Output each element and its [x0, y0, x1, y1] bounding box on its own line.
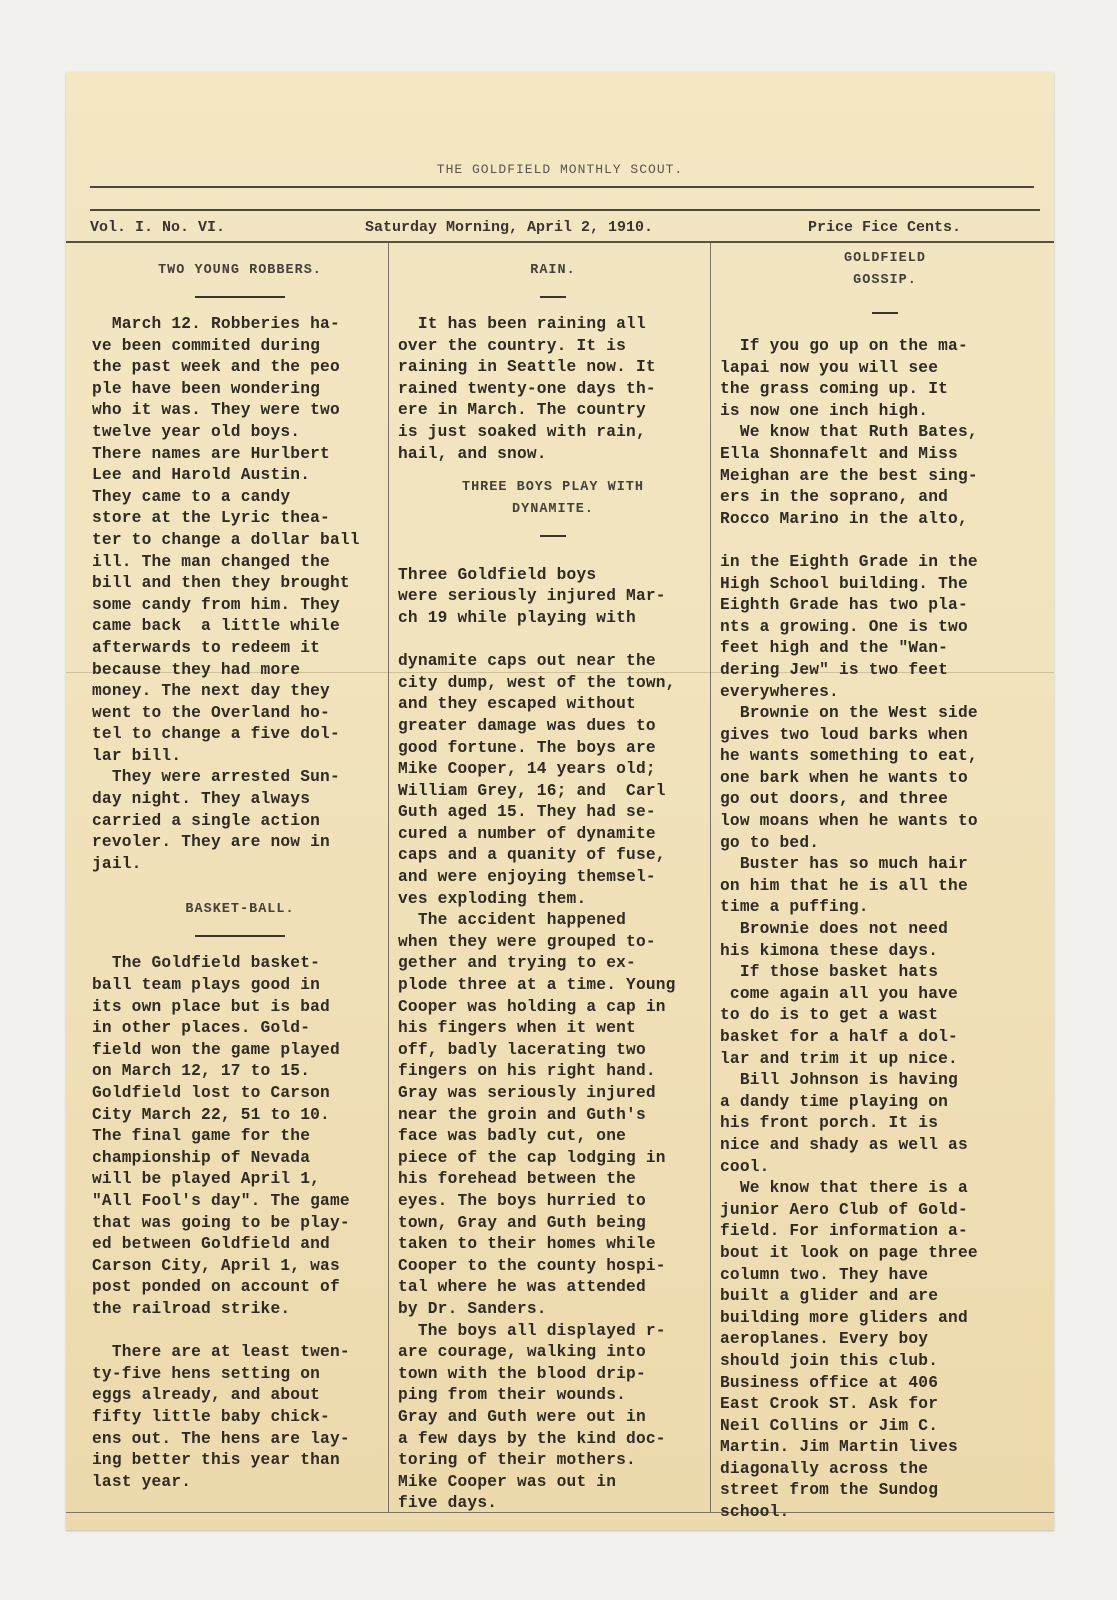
- headline-divider: [872, 312, 898, 314]
- text-line: afterwards to redeem it: [92, 638, 388, 660]
- text-line: cured a number of dynamite: [398, 824, 708, 846]
- text-line: ch 19 while playing with: [398, 608, 708, 630]
- text-line: to do is to get a wast: [720, 1005, 1050, 1027]
- text-line: Business office at 406: [720, 1373, 1050, 1395]
- text-line: town, Gray and Guth being: [398, 1213, 708, 1235]
- text-line: There are at least twen-: [92, 1342, 388, 1364]
- text-line: ty-five hens setting on: [92, 1364, 388, 1386]
- text-line: Cooper was holding a cap in: [398, 997, 708, 1019]
- text-line: feet high and the "Wan-: [720, 638, 1050, 660]
- text-line: is just soaked with rain,: [398, 422, 708, 444]
- text-line: lar and trim it up nice.: [720, 1049, 1050, 1071]
- text-line: are courage, walking into: [398, 1342, 708, 1364]
- text-line: street from the Sundog: [720, 1480, 1050, 1502]
- text-line: Bill Johnson is having: [720, 1070, 1050, 1092]
- text-line: that was going to be play-: [92, 1213, 388, 1235]
- column-1: TWO YOUNG ROBBERS. March 12. Robberies h…: [92, 260, 388, 1493]
- text-line: [398, 543, 708, 565]
- text-line: The boys all displayed r-: [398, 1321, 708, 1343]
- text-line: went to the Overland ho-: [92, 703, 388, 725]
- text-line: ple have been wondering: [92, 379, 388, 401]
- text-line: Eighth Grade has two pla-: [720, 595, 1050, 617]
- text-line: [92, 1321, 388, 1343]
- text-line: Mike Cooper, 14 years old;: [398, 759, 708, 781]
- text-line: Goldfield lost to Carson: [92, 1083, 388, 1105]
- text-line: the grass coming up. It: [720, 379, 1050, 401]
- text-line: he wants something to eat,: [720, 746, 1050, 768]
- text-line: come again all you have: [720, 984, 1050, 1006]
- text-line: money. The next day they: [92, 681, 388, 703]
- text-line: ing better this year than: [92, 1450, 388, 1472]
- headline-divider: [195, 935, 285, 937]
- text-line: piece of the cap lodging in: [398, 1148, 708, 1170]
- text-line: column two. They have: [720, 1265, 1050, 1287]
- text-line: ve been commited during: [92, 336, 388, 358]
- text-line: High School building. The: [720, 574, 1050, 596]
- text-line: ers in the soprano, and: [720, 487, 1050, 509]
- text-line: greater damage was dues to: [398, 716, 708, 738]
- text-line: nts a growing. One is two: [720, 617, 1050, 639]
- text-line: over the country. It is: [398, 336, 708, 358]
- text-line: will be played April 1,: [92, 1169, 388, 1191]
- text-line: in the Eighth Grade in the: [720, 552, 1050, 574]
- text-line: ere in March. The country: [398, 400, 708, 422]
- text-line: who it was. They were two: [92, 400, 388, 422]
- text-line: City March 22, 51 to 10.: [92, 1105, 388, 1127]
- text-line: in other places. Gold-: [92, 1018, 388, 1040]
- text-line: and were enjoying themsel-: [398, 867, 708, 889]
- text-line: day night. They always: [92, 789, 388, 811]
- text-line: rained twenty-one days th-: [398, 379, 708, 401]
- text-line: Gray and Guth were out in: [398, 1407, 708, 1429]
- text-line: [398, 630, 708, 652]
- text-line: time a puffing.: [720, 897, 1050, 919]
- text-line: [720, 530, 1050, 552]
- text-line: jail.: [92, 854, 388, 876]
- text-line: Meighan are the best sing-: [720, 466, 1050, 488]
- column-3: GOLDFIELD GOSSIP. If you go up on the ma…: [720, 248, 1050, 1524]
- text-line: a dandy time playing on: [720, 1092, 1050, 1114]
- text-line: his forehead between the: [398, 1169, 708, 1191]
- headline-two-young-robbers: TWO YOUNG ROBBERS.: [92, 260, 388, 282]
- text-line: his fingers when it went: [398, 1018, 708, 1040]
- text-line: They came to a candy: [92, 487, 388, 509]
- article-two-young-robbers: March 12. Robberies ha-ve been commited …: [92, 314, 388, 875]
- text-line: toring of their mothers.: [398, 1450, 708, 1472]
- text-line: his kimona these days.: [720, 941, 1050, 963]
- text-line: gether and trying to ex-: [398, 953, 708, 975]
- text-line: ping from their wounds.: [398, 1385, 708, 1407]
- text-line: Ella Shonnafelt and Miss: [720, 444, 1050, 466]
- text-line: should join this club.: [720, 1351, 1050, 1373]
- text-line: because they had more: [92, 660, 388, 682]
- text-line: school.: [720, 1502, 1050, 1524]
- text-line: city dump, west of the town,: [398, 673, 708, 695]
- text-line: March 12. Robberies ha-: [92, 314, 388, 336]
- text-line: its own place but is bad: [92, 997, 388, 1019]
- headline-divider: [195, 296, 285, 298]
- article-rain: It has been raining allover the country.…: [398, 314, 708, 465]
- text-line: If you go up on the ma-: [720, 336, 1050, 358]
- text-line: Lee and Harold Austin.: [92, 465, 388, 487]
- text-line: near the groin and Guth's: [398, 1105, 708, 1127]
- text-line: nice and shady as well as: [720, 1135, 1050, 1157]
- text-line: basket for a half a dol-: [720, 1027, 1050, 1049]
- headline-goldfield-gossip: GOLDFIELD GOSSIP.: [720, 248, 1050, 292]
- text-line: Brownie on the West side: [720, 703, 1050, 725]
- text-line: ves exploding them.: [398, 889, 708, 911]
- text-line: Neil Collins or Jim C.: [720, 1416, 1050, 1438]
- issue-rule: [66, 241, 1054, 243]
- text-line: when they were grouped to-: [398, 932, 708, 954]
- article-goldfield-gossip: If you go up on the ma-lapai now you wil…: [720, 336, 1050, 1524]
- text-line: lar bill.: [92, 746, 388, 768]
- text-line: tel to change a five dol-: [92, 724, 388, 746]
- headline-line: THREE BOYS PLAY WITH: [398, 477, 708, 499]
- text-line: Three Goldfield boys: [398, 565, 708, 587]
- text-line: and they escaped without: [398, 694, 708, 716]
- text-line: eggs already, and about: [92, 1385, 388, 1407]
- text-line: go to bed.: [720, 833, 1050, 855]
- text-line: hail, and snow.: [398, 444, 708, 466]
- text-line: on him that he is all the: [720, 876, 1050, 898]
- text-line: They were arrested Sun-: [92, 767, 388, 789]
- text-line: off, badly lacerating two: [398, 1040, 708, 1062]
- text-line: The Goldfield basket-: [92, 953, 388, 975]
- masthead-rule-top: [90, 186, 1034, 188]
- text-line: We know that there is a: [720, 1178, 1050, 1200]
- text-line: bout it look on page three: [720, 1243, 1050, 1265]
- text-line: lapai now you will see: [720, 358, 1050, 380]
- text-line: the past week and the peo: [92, 357, 388, 379]
- text-line: ed between Goldfield and: [92, 1234, 388, 1256]
- text-line: ball team plays good in: [92, 975, 388, 997]
- headline-rain: RAIN.: [398, 260, 708, 282]
- text-line: dering Jew" is two feet: [720, 660, 1050, 682]
- text-line: dynamite caps out near the: [398, 651, 708, 673]
- issue-date: Saturday Morning, April 2, 1910.: [365, 219, 653, 236]
- text-line: the railroad strike.: [92, 1299, 388, 1321]
- text-line: There names are Hurlbert: [92, 444, 388, 466]
- text-line: a few days by the kind doc-: [398, 1429, 708, 1451]
- text-line: It has been raining all: [398, 314, 708, 336]
- text-line: William Grey, 16; and Carl: [398, 781, 708, 803]
- text-line: low moans when he wants to: [720, 811, 1050, 833]
- text-line: everywheres.: [720, 682, 1050, 704]
- text-line: field. For information a-: [720, 1221, 1050, 1243]
- column-divider-2: [710, 242, 711, 1512]
- text-line: Gray was seriously injured: [398, 1083, 708, 1105]
- masthead-rule-bottom: [90, 209, 1040, 211]
- text-line: The final game for the: [92, 1126, 388, 1148]
- newspaper-page: THE GOLDFIELD MONTHLY SCOUT. Vol. I. No.…: [66, 72, 1054, 1530]
- text-line: ill. The man changed the: [92, 552, 388, 574]
- text-line: twelve year old boys.: [92, 422, 388, 444]
- issue-line: Vol. I. No. VI. Saturday Morning, April …: [90, 219, 1032, 239]
- text-line: last year.: [92, 1472, 388, 1494]
- text-line: go out doors, and three: [720, 789, 1050, 811]
- text-line: carried a single action: [92, 811, 388, 833]
- text-line: Brownie does not need: [720, 919, 1050, 941]
- text-line: five days.: [398, 1493, 708, 1515]
- text-line: is now one inch high.: [720, 401, 1050, 423]
- headline-three-boys: THREE BOYS PLAY WITH DYNAMITE.: [398, 477, 708, 521]
- text-line: one bark when he wants to: [720, 768, 1050, 790]
- headline-line: GOLDFIELD: [720, 248, 1050, 270]
- volume-number: Vol. I. No. VI.: [90, 219, 225, 236]
- text-line: his front porch. It is: [720, 1113, 1050, 1135]
- masthead-title: THE GOLDFIELD MONTHLY SCOUT.: [66, 162, 1054, 177]
- text-line: cool.: [720, 1157, 1050, 1179]
- text-line: The accident happened: [398, 910, 708, 932]
- text-line: post ponded on account of: [92, 1277, 388, 1299]
- text-line: eyes. The boys hurried to: [398, 1191, 708, 1213]
- text-line: gives two loud barks when: [720, 725, 1050, 747]
- column-divider-1: [388, 242, 389, 1512]
- article-basketball: The Goldfield basket-ball team plays goo…: [92, 953, 388, 1493]
- text-line: on March 12, 17 to 15.: [92, 1061, 388, 1083]
- text-line: junior Aero Club of Gold-: [720, 1200, 1050, 1222]
- issue-price: Price Fice Cents.: [808, 219, 961, 236]
- text-line: fifty little baby chick-: [92, 1407, 388, 1429]
- text-line: Buster has so much hair: [720, 854, 1050, 876]
- text-line: fingers on his right hand.: [398, 1061, 708, 1083]
- text-line: East Crook ST. Ask for: [720, 1394, 1050, 1416]
- text-line: raining in Seattle now. It: [398, 357, 708, 379]
- text-line: championship of Nevada: [92, 1148, 388, 1170]
- text-line: some candy from him. They: [92, 595, 388, 617]
- article-three-boys-dynamite: Three Goldfield boyswere seriously injur…: [398, 543, 708, 1515]
- text-line: "All Fool's day". The game: [92, 1191, 388, 1213]
- text-line: revoler. They are now in: [92, 832, 388, 854]
- text-line: ter to change a dollar ball: [92, 530, 388, 552]
- headline-line: DYNAMITE.: [398, 499, 708, 521]
- text-line: by Dr. Sanders.: [398, 1299, 708, 1321]
- text-line: If those basket hats: [720, 962, 1050, 984]
- text-line: bill and then they brought: [92, 573, 388, 595]
- text-line: store at the Lyric thea-: [92, 508, 388, 530]
- text-line: town with the blood drip-: [398, 1364, 708, 1386]
- headline-basketball: BASKET-BALL.: [92, 899, 388, 921]
- text-line: taken to their homes while: [398, 1234, 708, 1256]
- text-line: building more gliders and: [720, 1308, 1050, 1330]
- column-2: RAIN. It has been raining allover the co…: [398, 260, 708, 1515]
- text-line: Cooper to the county hospi-: [398, 1256, 708, 1278]
- text-line: good fortune. The boys are: [398, 738, 708, 760]
- text-line: Guth aged 15. They had se-: [398, 802, 708, 824]
- text-line: Rocco Marino in the alto,: [720, 509, 1050, 531]
- text-line: caps and a quanity of fuse,: [398, 845, 708, 867]
- text-line: diagonally across the: [720, 1459, 1050, 1481]
- text-line: were seriously injured Mar-: [398, 586, 708, 608]
- headline-divider: [540, 296, 566, 298]
- text-line: plode three at a time. Young: [398, 975, 708, 997]
- text-line: Mike Cooper was out in: [398, 1472, 708, 1494]
- text-line: We know that Ruth Bates,: [720, 422, 1050, 444]
- text-line: built a glider and are: [720, 1286, 1050, 1308]
- text-line: tal where he was attended: [398, 1277, 708, 1299]
- text-line: face was badly cut, one: [398, 1126, 708, 1148]
- text-line: came back a little while: [92, 616, 388, 638]
- text-line: ens out. The hens are lay-: [92, 1429, 388, 1451]
- headline-divider: [540, 535, 566, 537]
- text-line: field won the game played: [92, 1040, 388, 1062]
- text-line: aeroplanes. Every boy: [720, 1329, 1050, 1351]
- text-line: Carson City, April 1, was: [92, 1256, 388, 1278]
- text-line: Martin. Jim Martin lives: [720, 1437, 1050, 1459]
- headline-line: GOSSIP.: [720, 270, 1050, 292]
